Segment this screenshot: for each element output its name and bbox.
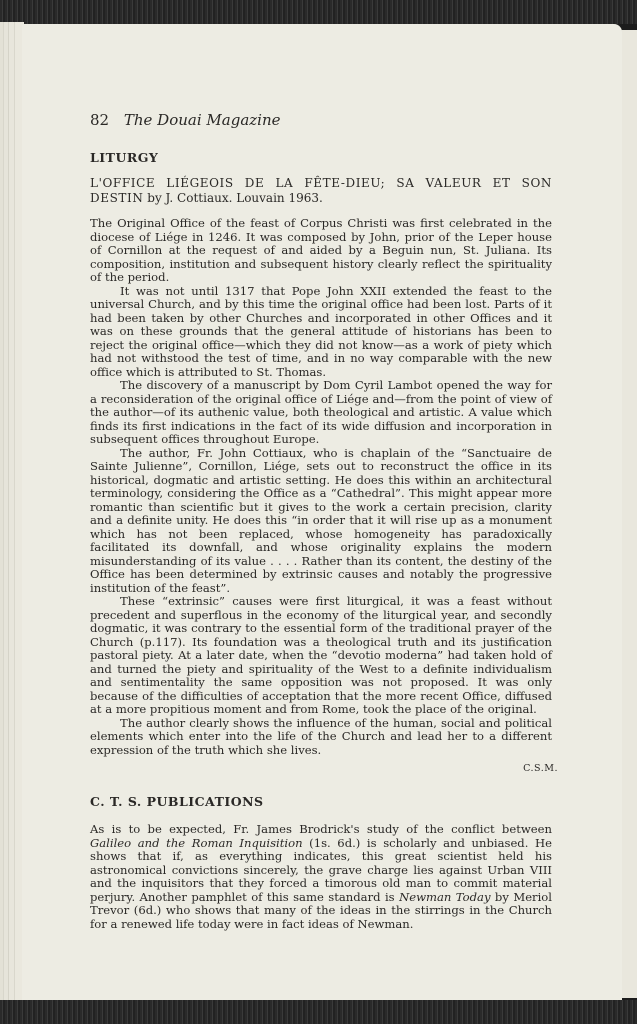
paragraph: These “extrinsic” causes were first litu… bbox=[90, 595, 552, 717]
page-number: 82 bbox=[90, 111, 109, 129]
paragraph: It was not until 1317 that Pope John XXI… bbox=[90, 285, 552, 380]
publication-title: The Douai Magazine bbox=[124, 111, 281, 129]
book-title-galileo: Galileo and the Roman Inquisition bbox=[90, 836, 303, 850]
paragraph: The author clearly shows the influence o… bbox=[90, 717, 552, 758]
paragraph: As is to be expected, Fr. James Brodrick… bbox=[90, 823, 552, 931]
cts-publications-body: As is to be expected, Fr. James Brodrick… bbox=[90, 823, 552, 931]
liturgy-review-body: The Original Office of the feast of Corp… bbox=[90, 217, 552, 757]
page-edges-left bbox=[0, 22, 24, 1004]
paragraph: The Original Office of the feast of Corp… bbox=[90, 217, 552, 285]
text-run: As is to be expected, Fr. James Brodrick… bbox=[90, 822, 552, 836]
review-book-details: by J. Cottiaux. Louvain 1963. bbox=[143, 191, 322, 205]
reviewer-initials: C.S.M. bbox=[523, 762, 558, 776]
review-title: L'OFFICE LIÉGEOIS DE LA FÊTE-DIEU; SA VA… bbox=[90, 176, 552, 206]
book-binding-top bbox=[0, 0, 637, 24]
paragraph: The author, Fr. John Cottiaux, who is ch… bbox=[90, 447, 552, 596]
section-heading-liturgy: LITURGY bbox=[90, 151, 158, 165]
section-heading-cts-publications: C. T. S. PUBLICATIONS bbox=[90, 795, 264, 809]
paragraph: The discovery of a manuscript by Dom Cyr… bbox=[90, 379, 552, 447]
book-binding-bottom bbox=[0, 1000, 637, 1024]
running-head: 82 The Douai Magazine bbox=[90, 114, 281, 128]
book-title-newman-today: Newman Today bbox=[399, 890, 490, 904]
